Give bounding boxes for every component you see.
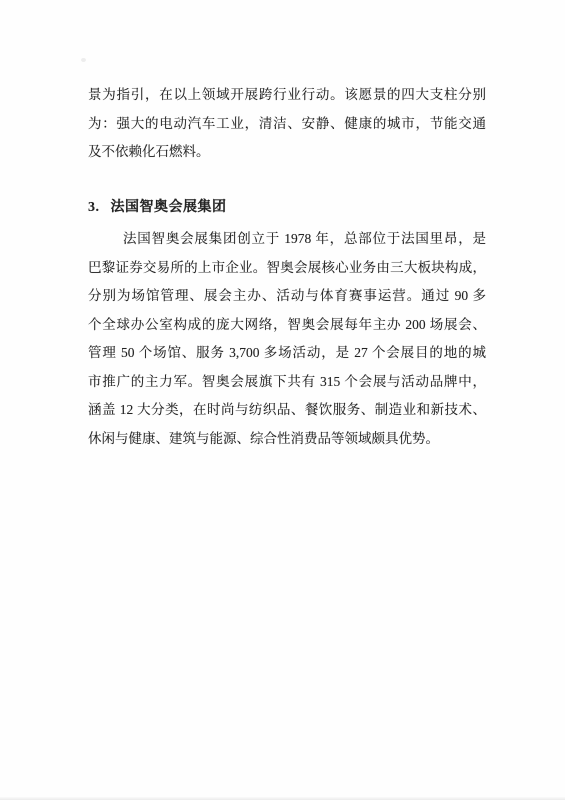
- section-number: 3.: [88, 194, 100, 223]
- text-line: 分别为场馆管理、展会主办、活动与体育赛事运营。通过 90 多: [88, 282, 486, 311]
- text-line: 巴黎证券交易所的上市企业。智奥会展核心业务由三大板块构成，: [88, 254, 486, 283]
- section-heading: 3.法国智奥会展集团: [88, 194, 486, 223]
- text-line: 及不依赖化石燃料。: [88, 138, 486, 167]
- text-line: 个全球办公室构成的庞大网络，智奥会展每年主办 200 场展会、: [88, 311, 486, 340]
- scan-artifact-dot: [81, 58, 86, 62]
- text-line: 市推广的主力军。智奥会展旗下共有 315 个会展与活动品牌中，: [88, 368, 486, 397]
- document-page: 景为指引，在以上领域开展跨行业行动。该愿景的四大支柱分别 为：强大的电动汽车工业…: [0, 0, 565, 800]
- text-block: 景为指引，在以上领域开展跨行业行动。该愿景的四大支柱分别 为：强大的电动汽车工业…: [88, 81, 486, 453]
- paragraph-continuation: 景为指引，在以上领域开展跨行业行动。该愿景的四大支柱分别 为：强大的电动汽车工业…: [88, 81, 486, 167]
- text-line: 休闲与健康、建筑与能源、综合性消费品等领域颇具优势。: [88, 425, 486, 454]
- text-line: 法国智奥会展集团创立于 1978 年，总部位于法国里昂，是: [88, 225, 486, 254]
- text-line: 管理 50 个场馆、服务 3,700 多场活动，是 27 个会展目的地的城: [88, 339, 486, 368]
- section-title: 法国智奥会展集团: [111, 200, 227, 215]
- text-line: 景为指引，在以上领域开展跨行业行动。该愿景的四大支柱分别: [88, 81, 486, 110]
- text-line: 涵盖 12 大分类，在时尚与纺织品、餐饮服务、制造业和新技术、: [88, 396, 486, 425]
- text-line: 为：强大的电动汽车工业，清洁、安静、健康的城市，节能交通: [88, 110, 486, 139]
- paragraph-body: 法国智奥会展集团创立于 1978 年，总部位于法国里昂，是 巴黎证券交易所的上市…: [88, 225, 486, 453]
